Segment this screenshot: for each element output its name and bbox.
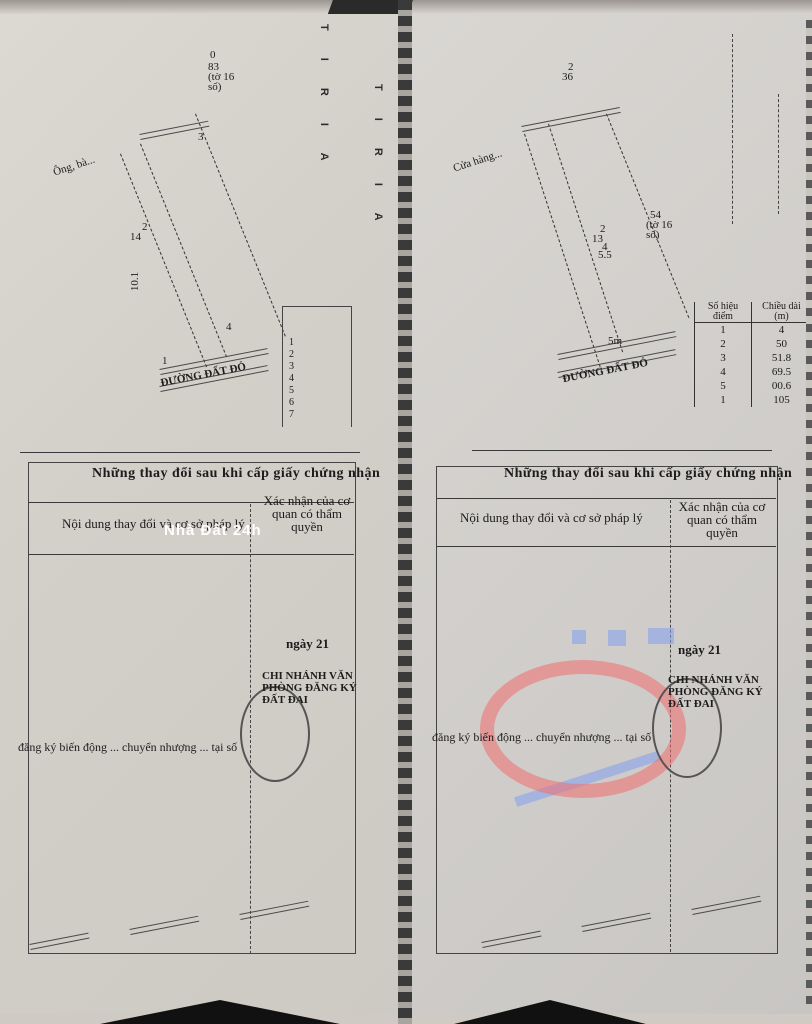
side-label: 5m xyxy=(608,336,622,347)
parcel-label-line-4: số) xyxy=(208,82,221,93)
table-row: 351.8 xyxy=(695,351,812,365)
table-row: 500.6 xyxy=(695,379,812,393)
col-right-header: Xác nhận của cơ quan có thẩm quyền xyxy=(674,500,770,539)
date-fragment: ngày 21 xyxy=(286,636,329,652)
point-cell: 4 xyxy=(695,365,752,379)
edge-letters-2: T I R I A xyxy=(372,84,384,233)
table-row: 469.5 xyxy=(695,365,812,379)
stamp-text: CHI NHÁNH VĂN PHÒNG ĐĂNG KÝ ĐẤT ĐAI xyxy=(262,670,372,706)
corner-5-5: 5.5 xyxy=(598,250,612,261)
col-right-header: Xác nhận của cơ quan có thẩm quyền xyxy=(262,494,352,533)
section-title: Những thay đổi sau khi cấp giấy chứng nh… xyxy=(504,466,792,482)
parcel-label-mid-3: số) xyxy=(646,230,659,241)
length-cell: 50 xyxy=(751,337,811,351)
stamp-text: CHI NHÁNH VĂN PHÒNG ĐĂNG KÝ ĐẤT ĐAI xyxy=(668,674,778,710)
parcel-label-top-2: 36 xyxy=(562,72,573,83)
page-edge-dash xyxy=(732,34,733,224)
parcel-boundary-right xyxy=(195,114,286,337)
table-row: 5 xyxy=(289,385,294,397)
book-spine xyxy=(398,0,412,1024)
length-cell: 105 xyxy=(751,393,811,407)
blue-stamp-mark xyxy=(608,630,626,646)
table-row: 2 xyxy=(289,349,294,361)
date-fragment: ngày 21 xyxy=(678,642,721,658)
header-bottom-rule xyxy=(436,546,776,547)
owner-label: Ông, bà... xyxy=(52,155,96,179)
coordinate-table: 1 2 3 4 5 6 7 xyxy=(282,306,352,427)
parcel-boundary-mid xyxy=(548,124,623,353)
table-row: 6 xyxy=(289,397,294,409)
coordinate-table-rows: 1 2 3 4 5 6 7 xyxy=(289,337,294,421)
side-length: 10.1 xyxy=(130,272,141,291)
blue-stamp-mark xyxy=(648,628,674,644)
table-row: 7 xyxy=(289,409,294,421)
parcel-boundary-left xyxy=(120,154,207,368)
corner-3: 3 xyxy=(198,132,204,143)
measure-14: 14 xyxy=(130,232,141,243)
parcel-boundary-right xyxy=(606,114,689,318)
col-left-header: Nội dung thay đổi và cơ sở pháp lý xyxy=(460,510,643,526)
blue-stamp-mark xyxy=(572,630,586,644)
header-point: Số hiệu điểm xyxy=(695,302,752,323)
point-cell: 5 xyxy=(695,379,752,393)
point-cell: 1 xyxy=(695,323,752,338)
notes-fragment: đăng ký biến động ... chuyển nhượng ... … xyxy=(18,740,248,754)
corner-4: 4 xyxy=(226,322,232,333)
point-cell: 1 xyxy=(695,393,752,407)
table-row: 1105 xyxy=(695,393,812,407)
table-row: 14 xyxy=(695,323,812,338)
header-length: Chiều dài (m) xyxy=(751,302,811,323)
owner-label: Cửa hàng... xyxy=(452,148,504,174)
points-table: Số hiệu điểm Chiều dài (m) 14 250 351.8 … xyxy=(694,302,812,407)
section-top-rule xyxy=(472,450,772,451)
page-edge-dash xyxy=(778,94,779,214)
section-top-rule xyxy=(20,452,360,453)
edge-letters-1: T I R I A xyxy=(318,24,330,173)
page-stack-edge xyxy=(806,20,812,1010)
header-bottom-rule xyxy=(28,554,354,555)
notes-fragment: đăng ký biến động ... chuyển nhượng ... … xyxy=(432,730,672,744)
parcel-boundary-mid xyxy=(140,144,227,358)
point-cell: 3 xyxy=(695,351,752,365)
table-row: 250 xyxy=(695,337,812,351)
length-cell: 69.5 xyxy=(751,365,811,379)
section-title: Những thay đổi sau khi cấp giấy chứng nh… xyxy=(92,466,380,482)
left-page: T I R I A T I R I A 0 83 (tờ 16 số) 3 2 … xyxy=(0,14,398,1014)
length-cell: 00.6 xyxy=(751,379,811,393)
watermark: Nhà Đất 24h xyxy=(164,522,262,539)
right-page: 2 36 Cửa hàng... 54 (tờ 16 số) 2 13 4 5.… xyxy=(412,14,812,1014)
point-cell: 2 xyxy=(695,337,752,351)
table-row: 3 xyxy=(289,361,294,373)
corner-1: 1 xyxy=(162,356,168,367)
table-row: 1 xyxy=(289,337,294,349)
corner-2: 2 xyxy=(142,222,148,233)
points-table-header: Số hiệu điểm Chiều dài (m) xyxy=(695,302,812,323)
table-row: 4 xyxy=(289,373,294,385)
parcel-label-line-1: 0 xyxy=(210,50,216,61)
length-cell: 4 xyxy=(751,323,811,338)
length-cell: 51.8 xyxy=(751,351,811,365)
road-edge xyxy=(521,107,620,132)
